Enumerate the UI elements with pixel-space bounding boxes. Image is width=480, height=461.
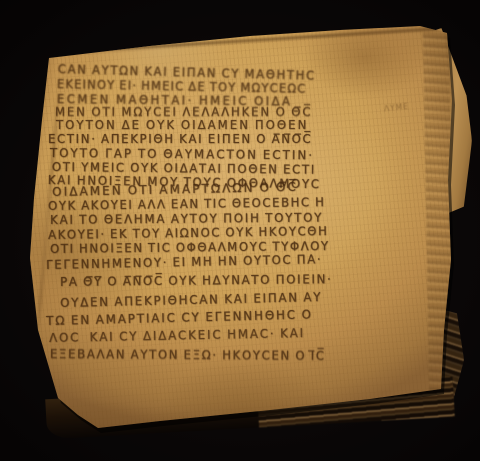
greek-text-block: CΑΝ ΑΥΤΩΝ ΚΑΙ ΕΙΠΑΝ CΥ ΜΑΘΗΤΗCΕΚΕΙΝΟΥ ΕΙ… bbox=[28, 24, 460, 436]
photo-stage: CΑΝ ΑΥΤΩΝ ΚΑΙ ΕΙΠΑΝ CΥ ΜΑΘΗΤΗCΕΚΕΙΝΟΥ ΕΙ… bbox=[0, 0, 480, 461]
manuscript-line-16: ΡΑ Θ̅Υ̅ Ο Α̅Ν̅Ο̅C̅ ΟΥΚ ΗΔΥΝΑΤΟ ΠΟΙΕΙΝ· bbox=[60, 271, 333, 289]
papyrus-page: CΑΝ ΑΥΤΩΝ ΚΑΙ ΕΙΠΑΝ CΥ ΜΑΘΗΤΗCΕΚΕΙΝΟΥ ΕΙ… bbox=[28, 24, 460, 436]
manuscript-line-6: ΕCΤΙΝ· ΑΠΕΚΡΙΘΗ ΚΑΙ ΕΙΠΕΝ Ο Α̅Ν̅Ο̅C̅ bbox=[48, 131, 312, 146]
manuscript-line-20: ΕΞΕΒΑΛΑΝ ΑΥΤΟΝ ΕΞΩ· ΗΚΟΥCΕΝ Ο Ι̅C̅ bbox=[50, 346, 326, 363]
manuscript-line-5: ΤΟΥΤΟΝ ΔΕ ΟΥΚ ΟΙΔΑΜΕΝ ΠΟΘΕΝ bbox=[56, 117, 308, 132]
manuscript-line-19: ΛΟC ΚΑΙ CΥ ΔΙΔΑCΚΕΙC ΗΜΑC· ΚΑΙ bbox=[49, 325, 305, 345]
